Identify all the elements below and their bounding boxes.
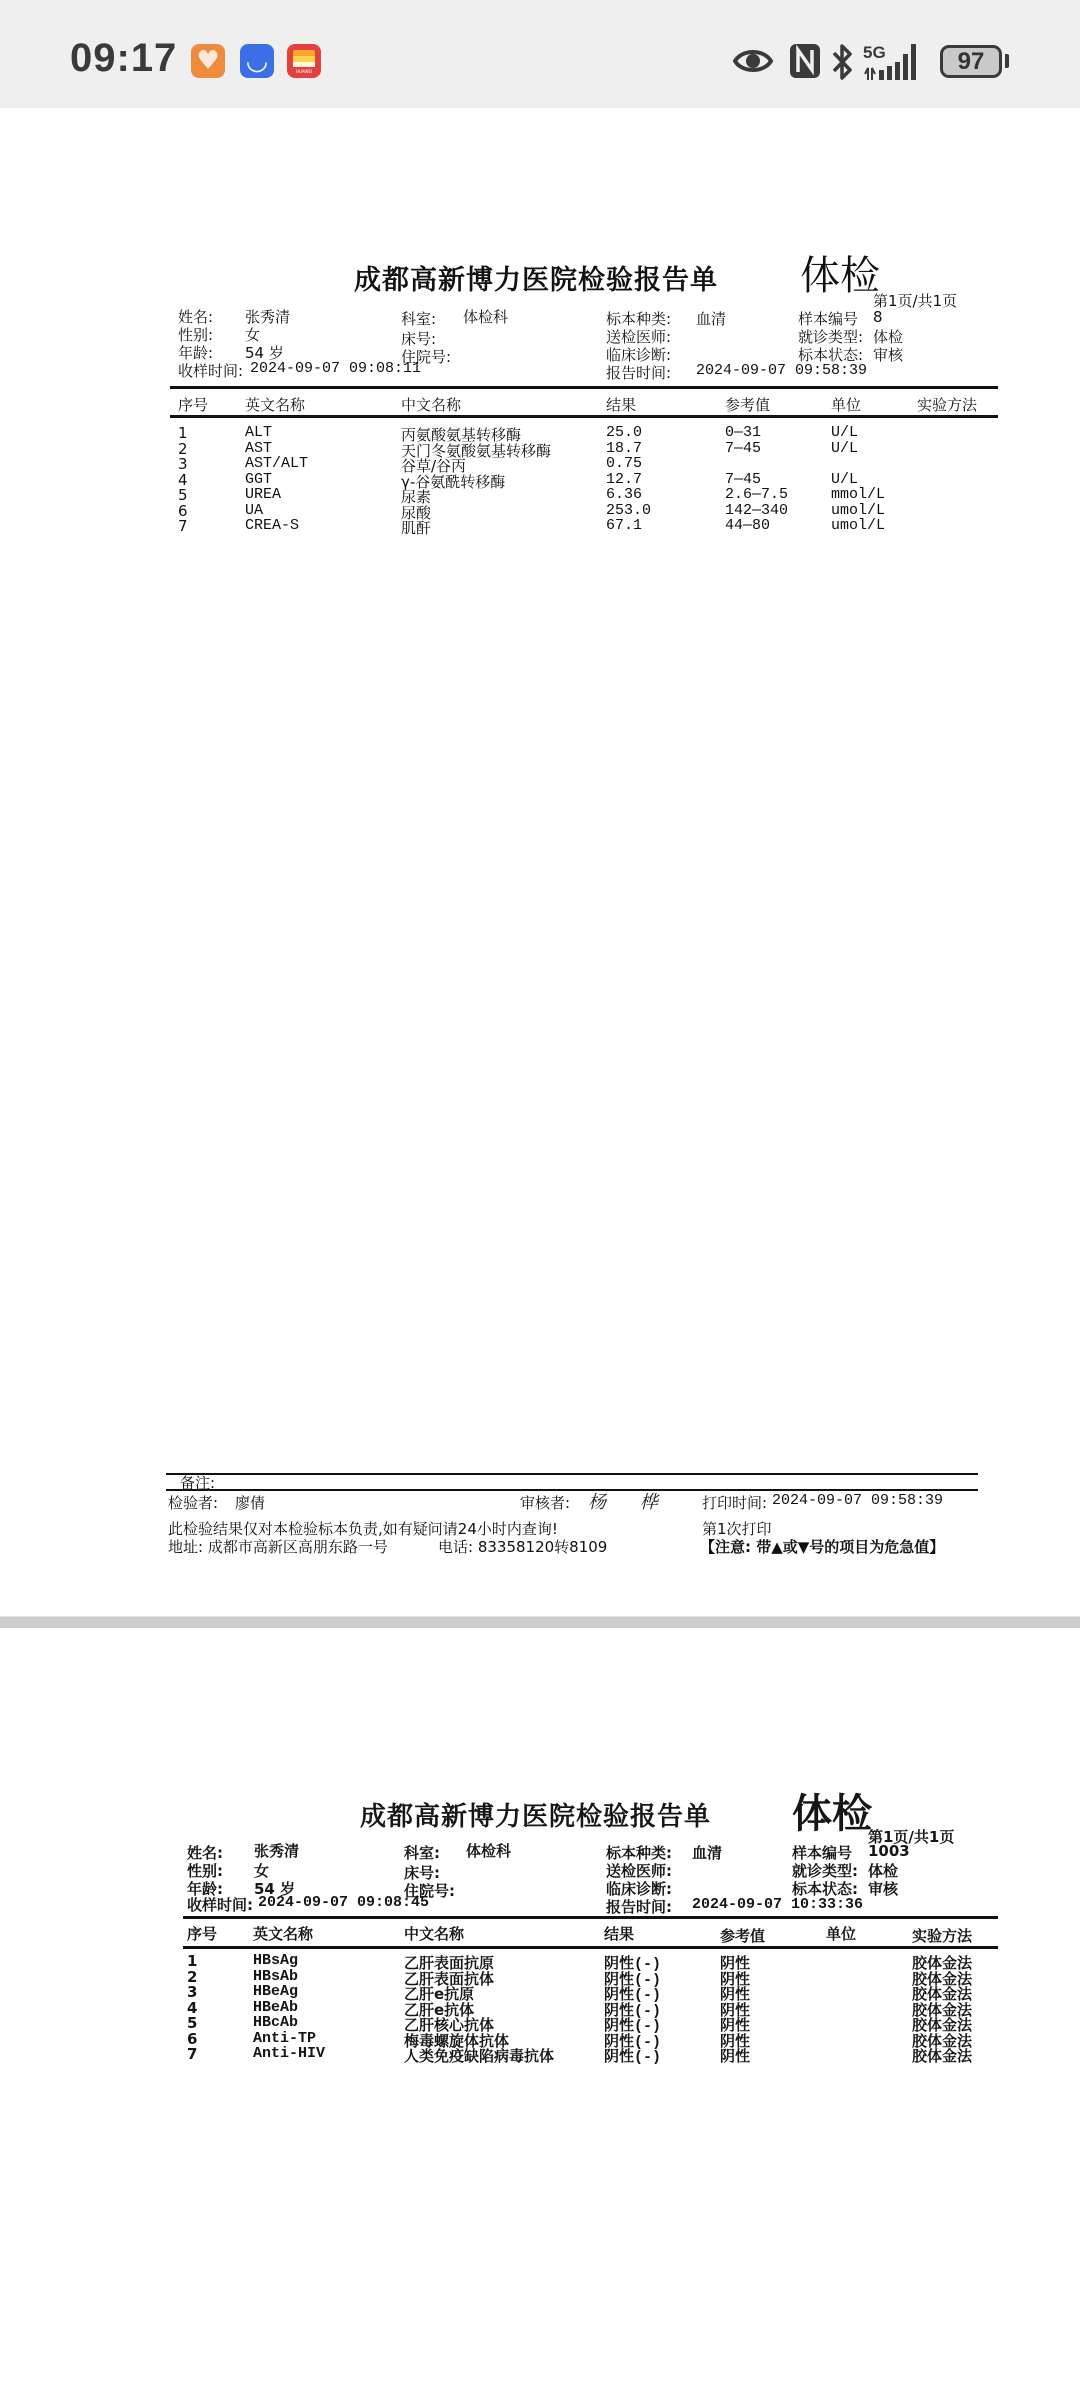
battery-indicator: 97 bbox=[940, 45, 1002, 78]
tester: 廖倩 bbox=[235, 1492, 265, 1513]
specimen-status: 审核 bbox=[873, 344, 903, 365]
dept-label: 科室: bbox=[404, 1842, 440, 1863]
col-header-result: 结果 bbox=[606, 394, 636, 415]
cell-english-name: Anti-TP bbox=[253, 2030, 316, 2047]
col-header-method: 实验方法 bbox=[917, 394, 977, 415]
cell-english-name: HBcAb bbox=[253, 2014, 298, 2031]
col-header-unit: 单位 bbox=[831, 394, 861, 415]
nfc-icon bbox=[788, 40, 822, 82]
hospital-phone: 电话: 83358120转8109 bbox=[438, 1536, 607, 1557]
cell-english-name: AST bbox=[245, 440, 272, 457]
cell-unit: U/L bbox=[831, 471, 858, 488]
report-title: 成都高新博力医院检验报告单 bbox=[360, 1796, 711, 1833]
dept: 体检科 bbox=[466, 1840, 511, 1861]
collect-time-label: 收样时间: bbox=[178, 360, 243, 381]
cell-result: 0.75 bbox=[606, 455, 642, 472]
footer-rule-bottom bbox=[166, 1489, 978, 1491]
cell-english-name: Anti-HIV bbox=[253, 2045, 325, 2062]
critical-value-notice: 【注意: 带▲或▼号的项目为危急值】 bbox=[700, 1536, 944, 1557]
report-page-2: 成都高新博力医院检验报告单 体检 第1页/共1页 姓名: 张秀清 性别: 女 年… bbox=[0, 1628, 1080, 2382]
report-badge: 体检 bbox=[800, 244, 880, 301]
cell-result: 6.36 bbox=[606, 486, 642, 503]
cell-english-name: GGT bbox=[245, 471, 272, 488]
inpatient-label: 住院号: bbox=[404, 1880, 455, 1901]
footer-rule-top bbox=[166, 1473, 978, 1475]
cell-result: 25.0 bbox=[606, 424, 642, 441]
cell-reference: 7—45 bbox=[725, 440, 761, 457]
collect-time: 2024-09-07 09:08:11 bbox=[250, 360, 421, 377]
specimen: 血清 bbox=[692, 1842, 722, 1863]
print-time-label: 打印时间: bbox=[702, 1492, 767, 1513]
sample-no: 8 bbox=[873, 308, 883, 326]
cell-index: 7 bbox=[187, 2045, 197, 2063]
cell-unit: U/L bbox=[831, 440, 858, 457]
cell-reference: 7—45 bbox=[725, 471, 761, 488]
cell-english-name: HBsAb bbox=[253, 1968, 298, 1985]
tester-label: 检验者: bbox=[168, 1492, 218, 1513]
cell-result: 67.1 bbox=[606, 517, 642, 534]
cell-unit: umol/L bbox=[831, 517, 885, 534]
cell-chinese-name: 人类免疫缺陷病毒抗体 bbox=[404, 2045, 554, 2066]
battery-tip bbox=[1005, 54, 1009, 68]
blue-app-icon bbox=[240, 44, 274, 78]
report-page-1: 成都高新博力医院检验报告单 体检 第1页/共1页 姓名: 张秀清 性别: 女 年… bbox=[0, 108, 1080, 1616]
cell-reference: 142—340 bbox=[725, 502, 788, 519]
col-header-chinese: 中文名称 bbox=[401, 394, 461, 415]
eye-comfort-icon bbox=[732, 40, 774, 82]
clock: 09:17 bbox=[70, 36, 177, 81]
cell-english-name: UA bbox=[245, 502, 263, 519]
header-rule-bottom bbox=[183, 1946, 998, 1949]
page-indicator: 第1页/共1页 bbox=[873, 290, 957, 311]
patient-name: 张秀清 bbox=[254, 1840, 299, 1861]
specimen: 血清 bbox=[696, 308, 726, 329]
col-header-english: 英文名称 bbox=[253, 1923, 313, 1944]
hospital-address: 地址: 成都市高新区高朋东路一号 bbox=[168, 1536, 388, 1557]
cell-english-name: HBeAg bbox=[253, 1983, 298, 2000]
col-header-method: 实验方法 bbox=[912, 1925, 972, 1946]
cell-unit: mmol/L bbox=[831, 486, 885, 503]
header-rule-bottom bbox=[170, 415, 998, 418]
cell-reference: 2.6—7.5 bbox=[725, 486, 788, 503]
col-header-index: 序号 bbox=[187, 1923, 217, 1944]
cell-english-name: UREA bbox=[245, 486, 281, 503]
health-app-icon bbox=[191, 44, 225, 78]
header-rule-top bbox=[170, 386, 998, 389]
dept: 体检科 bbox=[463, 306, 508, 327]
cell-reference: 0—31 bbox=[725, 424, 761, 441]
specimen-status: 审核 bbox=[868, 1878, 898, 1899]
cell-english-name: CREA-S bbox=[245, 517, 299, 534]
cell-chinese-name: 肌酐 bbox=[401, 517, 431, 538]
cell-result: 阴性(-) bbox=[604, 2045, 661, 2066]
dept-label: 科室: bbox=[401, 308, 436, 329]
reviewer-signature: 杨 桦 bbox=[588, 1488, 672, 1514]
cell-unit: umol/L bbox=[831, 502, 885, 519]
cell-result: 18.7 bbox=[606, 440, 642, 457]
col-header-unit: 单位 bbox=[826, 1923, 856, 1944]
col-header-reference: 参考值 bbox=[725, 394, 770, 415]
status-bar: 09:17 HUAWEI 5G 97 bbox=[0, 0, 1080, 108]
status-label: 标本状态: bbox=[792, 1878, 858, 1899]
cell-reference: 阴性 bbox=[720, 2045, 750, 2066]
report-time-label: 报告时间: bbox=[606, 362, 671, 383]
cell-unit: U/L bbox=[831, 424, 858, 441]
col-header-chinese: 中文名称 bbox=[404, 1923, 464, 1944]
cell-english-name: HBsAg bbox=[253, 1952, 298, 1969]
print-time: 2024-09-07 09:58:39 bbox=[772, 1492, 943, 1509]
report-badge: 体检 bbox=[792, 1782, 872, 1839]
inpatient-label: 住院号: bbox=[401, 346, 451, 367]
report-title: 成都高新博力医院检验报告单 bbox=[354, 258, 718, 297]
col-header-english: 英文名称 bbox=[245, 394, 305, 415]
cell-method: 胶体金法 bbox=[912, 2045, 972, 2066]
status-label: 标本状态: bbox=[798, 344, 863, 365]
huawei-wallet-icon: HUAWEI bbox=[287, 44, 321, 78]
bluetooth-icon bbox=[830, 40, 854, 84]
collect-time-label: 收样时间: bbox=[187, 1894, 253, 1915]
reviewer-label: 审核者: bbox=[520, 1492, 570, 1513]
5g-signal-icon: 5G bbox=[862, 40, 922, 84]
col-header-reference: 参考值 bbox=[720, 1925, 765, 1946]
header-rule-top bbox=[183, 1916, 998, 1919]
col-header-result: 结果 bbox=[604, 1923, 634, 1944]
cell-result: 253.0 bbox=[606, 502, 651, 519]
cell-result: 12.7 bbox=[606, 471, 642, 488]
svg-text:5G: 5G bbox=[863, 43, 886, 62]
cell-reference: 44—80 bbox=[725, 517, 770, 534]
report-time-label: 报告时间: bbox=[606, 1896, 672, 1917]
cell-english-name: HBeAb bbox=[253, 1999, 298, 2016]
cell-english-name: ALT bbox=[245, 424, 272, 441]
col-header-index: 序号 bbox=[178, 394, 208, 415]
sample-no: 1003 bbox=[868, 1842, 910, 1860]
cell-index: 7 bbox=[178, 517, 188, 535]
cell-english-name: AST/ALT bbox=[245, 455, 308, 472]
